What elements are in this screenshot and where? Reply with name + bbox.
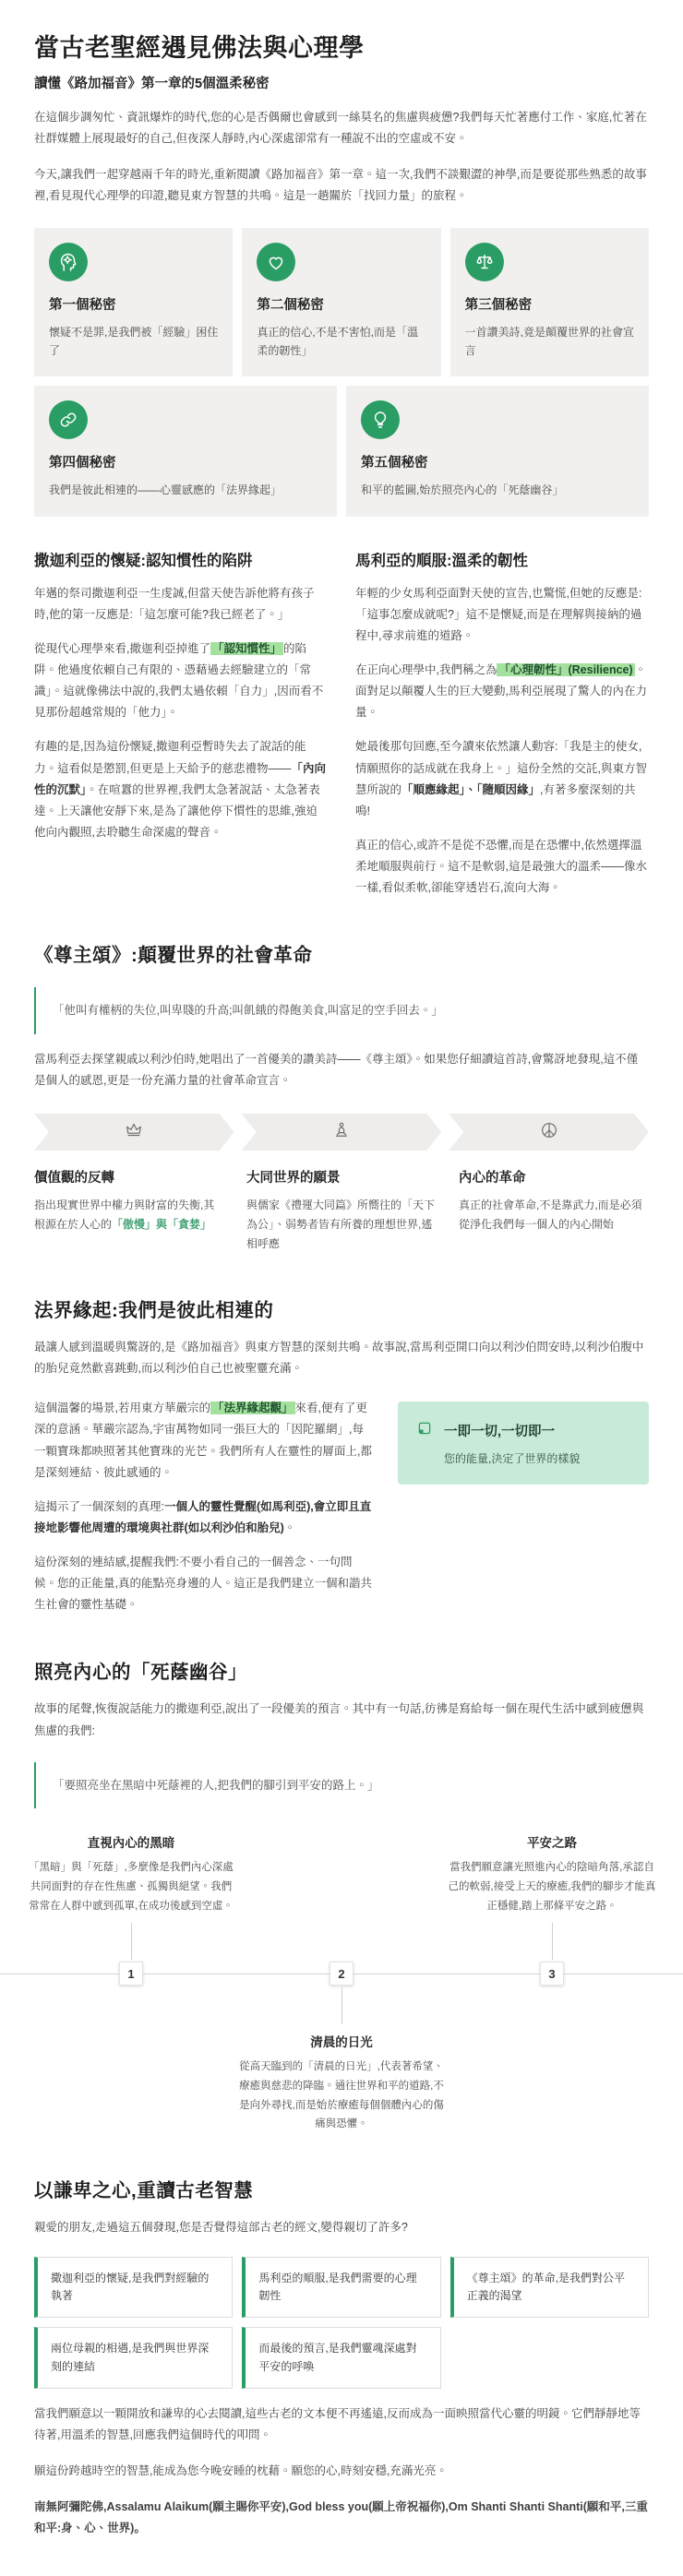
takeaway-item: 而最後的預言,是我們靈魂深處對平安的呼喚 <box>242 2327 440 2388</box>
meditation-icon <box>331 1120 352 1145</box>
interbeing-text: 這個溫馨的場景,若用東方華嚴宗的「法界緣起觀」來看,便有了更深的意涵。華嚴宗認為… <box>34 1385 374 1616</box>
mary-p2: 在正向心理學中,我們稱之為「心理韌性」(Resilience)。面對足以顛覆人生… <box>355 660 649 723</box>
secret-card-desc: 懷疑不是罪,是我們被「經驗」困住了 <box>49 323 218 361</box>
takeaway-item: 《尊主頌》的革命,是我們對公平正義的渴望 <box>450 2257 649 2318</box>
step-values-reversal: 價值觀的反轉 指出現實世界中權力與財富的失衡,其根源在於人心的「傲慢」與「貪婪」 <box>34 1167 224 1254</box>
heart-icon <box>257 243 295 281</box>
callout-title: 一即一切,一切即一 <box>444 1421 555 1440</box>
zechariah-heading: 撒迦利亞的懷疑:認知慣性的陷阱 <box>34 548 328 570</box>
link-icon <box>49 400 88 439</box>
valley-p1: 故事的尾聲,恢復說話能力的撒迦利亞,說出了一段優美的預言。其中有一句話,彷彿是寫… <box>34 1699 649 1741</box>
timeline-connector <box>131 1923 132 1960</box>
step-inner-revolution: 內心的革命 真正的社會革命,不是靠武力,而是必須從淨化我們每一個人的內心開始 <box>459 1167 649 1254</box>
secret-card-4: 第四個秘密 我們是彼此相連的——心靈感應的「法界緣起」 <box>34 386 337 516</box>
zechariah-p1: 年邁的祭司撒迦利亞一生虔誠,但當天使告訴他將有孩子時,他的第一反應是:「這怎麼可… <box>34 583 328 626</box>
highlight-resilience: 「心理韌性」(Resilience) <box>497 663 634 676</box>
intro-paragraph-2: 今天,讓我們一起穿越兩千年的時光,重新閱讀《路加福音》第一章。這一次,我們不談艱… <box>34 164 649 207</box>
timeline-marker-3: 3 <box>540 1962 564 1986</box>
magnificat-heading: 《尊主頌》:顛覆世界的社會革命 <box>34 939 649 967</box>
zechariah-p3: 有趣的是,因為這份懷疑,撒迦利亞暫時失去了說話的能力。這看似是懲罰,但更是上天給… <box>34 736 328 843</box>
valley-quote: 「要照亮坐在黑暗中死蔭裡的人,把我們的腳引到平安的路上。」 <box>34 1762 649 1809</box>
mary-column: 馬利亞的順服:溫柔的韌性 年輕的少女馬利亞面對天使的宣告,也驚慌,但她的反應是:… <box>355 548 649 900</box>
conclusion-p2: 當我們願意以一顆開放和謙卑的心去閱讀,這些古老的文本便不再遙遠,反而成為一面映照… <box>34 2403 649 2446</box>
scale-icon <box>465 243 504 281</box>
article: 當古老聖經遇見佛法與心理學 讀懂《路加福音》第一章的5個溫柔秘密 在這個步調匆忙… <box>0 0 683 2576</box>
timeline-axis: 1 2 3 <box>34 1960 649 1987</box>
crown-icon <box>124 1120 144 1145</box>
magnificat-p1: 當馬利亞去探望親戚以利沙伯時,她唱出了一首優美的讚美詩——《尊主頌》。如果您仔細… <box>34 1049 649 1091</box>
step-great-harmony: 大同世界的願景 與儒家《禮運大同篇》所嚮往的「天下為公」、弱勢者皆有所養的理想世… <box>246 1167 437 1254</box>
valley-heading: 照亮內心的「死蔭幽谷」 <box>34 1656 649 1684</box>
magnificat-steps: 價值觀的反轉 指出現實世界中權力與財富的失衡,其根源在於人心的「傲慢」與「貪婪」… <box>34 1167 649 1254</box>
interbeing-p3: 這揭示了一個深刻的真理:一個人的靈性覺醒(如馬利亞),會立即且直接地影響他周遭的… <box>34 1497 374 1539</box>
takeaway-item: 兩位母親的相遇,是我們與世界深刻的連結 <box>34 2327 233 2388</box>
interbeing-split: 這個溫馨的場景,若用東方華嚴宗的「法界緣起觀」來看,便有了更深的意涵。華嚴宗認為… <box>34 1385 649 1616</box>
conclusion-p1: 親愛的朋友,走過這五個發現,您是否覺得這部古老的經文,變得親切了許多? <box>34 2217 649 2238</box>
lightbulb-icon <box>361 400 400 439</box>
secret-card-title: 第三個秘密 <box>465 294 634 314</box>
arrow-banner-3 <box>449 1114 649 1151</box>
mary-p4: 真正的信心,或許不是從不恐懼,而是在恐懼中,依然選擇溫柔地順服與前行。這不是軟弱… <box>355 835 649 899</box>
takeaway-item: 馬利亞的順服,是我們需要的心理韌性 <box>242 2257 440 2318</box>
valley-timeline: 直視內心的黑暗 「黑暗」與「死蔭」,多麼像是我們內心深處共同面對的存在性焦慮、孤… <box>34 1832 649 2134</box>
secret-cards: 第一個秘密 懷疑不是罪,是我們被「經驗」困住了 第二個秘密 真正的信心,不是不害… <box>34 228 649 517</box>
timeline-connector <box>341 1987 342 2024</box>
page-subtitle: 讀懂《路加福音》第一章的5個溫柔秘密 <box>34 73 649 92</box>
story-columns: 撒迦利亞的懷疑:認知慣性的陷阱 年邁的祭司撒迦利亞一生虔誠,但當天使告訴他將有孩… <box>34 548 649 900</box>
secret-card-5: 第五個秘密 和平的藍圖,始於照亮內心的「死蔭幽谷」 <box>346 386 649 516</box>
timeline-marker-1: 1 <box>119 1962 143 1986</box>
timeline-item-1: 直視內心的黑暗 「黑暗」與「死蔭」,多麼像是我們內心深處共同面對的存在性焦慮、孤… <box>34 1832 228 1960</box>
takeaway-list: 撒迦利亞的懷疑,是我們對經驗的執著 馬利亞的順服,是我們需要的心理韌性 《尊主頌… <box>34 2257 649 2389</box>
interbeing-heading: 法界緣起:我們是彼此相連的 <box>34 1294 649 1322</box>
secret-card-title: 第五個秘密 <box>361 452 634 471</box>
bold-follow-conditions: 「順應緣起」、「隨順因緣」 <box>401 783 540 796</box>
secret-card-desc: 一首讚美詩,竟是顛覆世界的社會宣言 <box>465 323 634 361</box>
highlight-dharma-realm: 「法界緣起觀」 <box>210 1401 295 1414</box>
takeaway-item: 撒迦利亞的懷疑,是我們對經驗的執著 <box>34 2257 233 2318</box>
magnificat-arrows <box>34 1114 649 1151</box>
arrow-banner-2 <box>242 1114 442 1151</box>
secret-card-desc: 真正的信心,不是不害怕,而是「溫柔的韌性」 <box>257 323 425 361</box>
timeline-item-3: 平安之路 當我們願意讓光照進內心的陰暗角落,承認自己的軟弱,接受上天的療癒,我們… <box>455 1832 649 1960</box>
mary-p1: 年輕的少女馬利亞面對天使的宣告,也驚慌,但她的反應是:「這事怎麼成就呢?」這不是… <box>355 583 649 647</box>
zechariah-column: 撒迦利亞的懷疑:認知慣性的陷阱 年邁的祭司撒迦利亞一生虔誠,但當天使告訴他將有孩… <box>34 548 328 900</box>
secret-card-title: 第四個秘密 <box>49 452 322 471</box>
conclusion-blessing: 南無阿彌陀佛,Assalamu Alaikum(願主賜你平安),God bles… <box>34 2497 649 2539</box>
timeline-connector <box>552 1923 553 1960</box>
psychology-icon <box>49 243 88 281</box>
magnificat-quote: 「他叫有權柄的失位,叫卑賤的升高;叫飢餓的得飽美食,叫富足的空手回去。」 <box>34 987 649 1034</box>
secret-card-2: 第二個秘密 真正的信心,不是不害怕,而是「溫柔的韌性」 <box>242 228 440 377</box>
note-icon <box>416 1420 433 1441</box>
interbeing-p1: 最讓人感到溫暖與驚訝的,是《路加福音》與東方智慧的深刻共鳴。故事說,當馬利亞開口… <box>34 1337 649 1379</box>
secret-card-desc: 和平的藍圖,始於照亮內心的「死蔭幽谷」 <box>361 481 634 499</box>
secret-card-title: 第二個秘密 <box>257 294 425 314</box>
secret-card-title: 第一個秘密 <box>49 294 218 314</box>
conclusion-p3: 願這份跨越時空的智慧,能成為您今晚安睡的枕藉。願您的心,時刻安穩,充滿光亮。 <box>34 2461 649 2482</box>
zechariah-p2: 從現代心理學來看,撒迦利亞掉進了「認知慣性」的陷阱。他過度依賴自己有限的、憑藉過… <box>34 638 328 724</box>
secret-card-3: 第三個秘密 一首讚美詩,竟是顛覆世界的社會宣言 <box>450 228 649 377</box>
callout-subtitle: 您的能量,決定了世界的樣貌 <box>444 1450 630 1466</box>
secret-card-1: 第一個秘密 懷疑不是罪,是我們被「經驗」困住了 <box>34 228 233 377</box>
green-pride-greed: 「傲慢」與「貪婪」 <box>112 1218 211 1231</box>
interbeing-p2: 這個溫馨的場景,若用東方華嚴宗的「法界緣起觀」來看,便有了更深的意涵。華嚴宗認為… <box>34 1398 374 1484</box>
page-title: 當古老聖經遇見佛法與心理學 <box>34 28 649 64</box>
arrow-banner-1 <box>34 1114 234 1151</box>
secret-card-desc: 我們是彼此相連的——心靈感應的「法界緣起」 <box>49 481 322 499</box>
highlight-cognitive-inertia: 「認知慣性」 <box>210 642 283 655</box>
conclusion-heading: 以謙卑之心,重讀古老智慧 <box>34 2175 649 2202</box>
interbeing-callout: 一即一切,一切即一 您的能量,決定了世界的樣貌 <box>398 1401 649 1485</box>
intro-paragraph-1: 在這個步調匆忙、資訊爆炸的時代,您的心是否偶爾也會感到一絲莫名的焦慮與疲憊?我們… <box>34 107 649 149</box>
mary-p3: 她最後那句回應,至今讀來依然讓人動容:「我是主的使女,情願照你的話成就在我身上。… <box>355 736 649 822</box>
timeline-marker-2: 2 <box>330 1962 353 1986</box>
peace-icon <box>539 1120 559 1145</box>
mary-heading: 馬利亞的順服:溫柔的韌性 <box>355 548 649 570</box>
timeline-item-2: 清晨的日光 從高天臨到的「清晨的日光」,代表著希望、療癒與慈悲的降臨。通往世界和… <box>245 1987 438 2134</box>
